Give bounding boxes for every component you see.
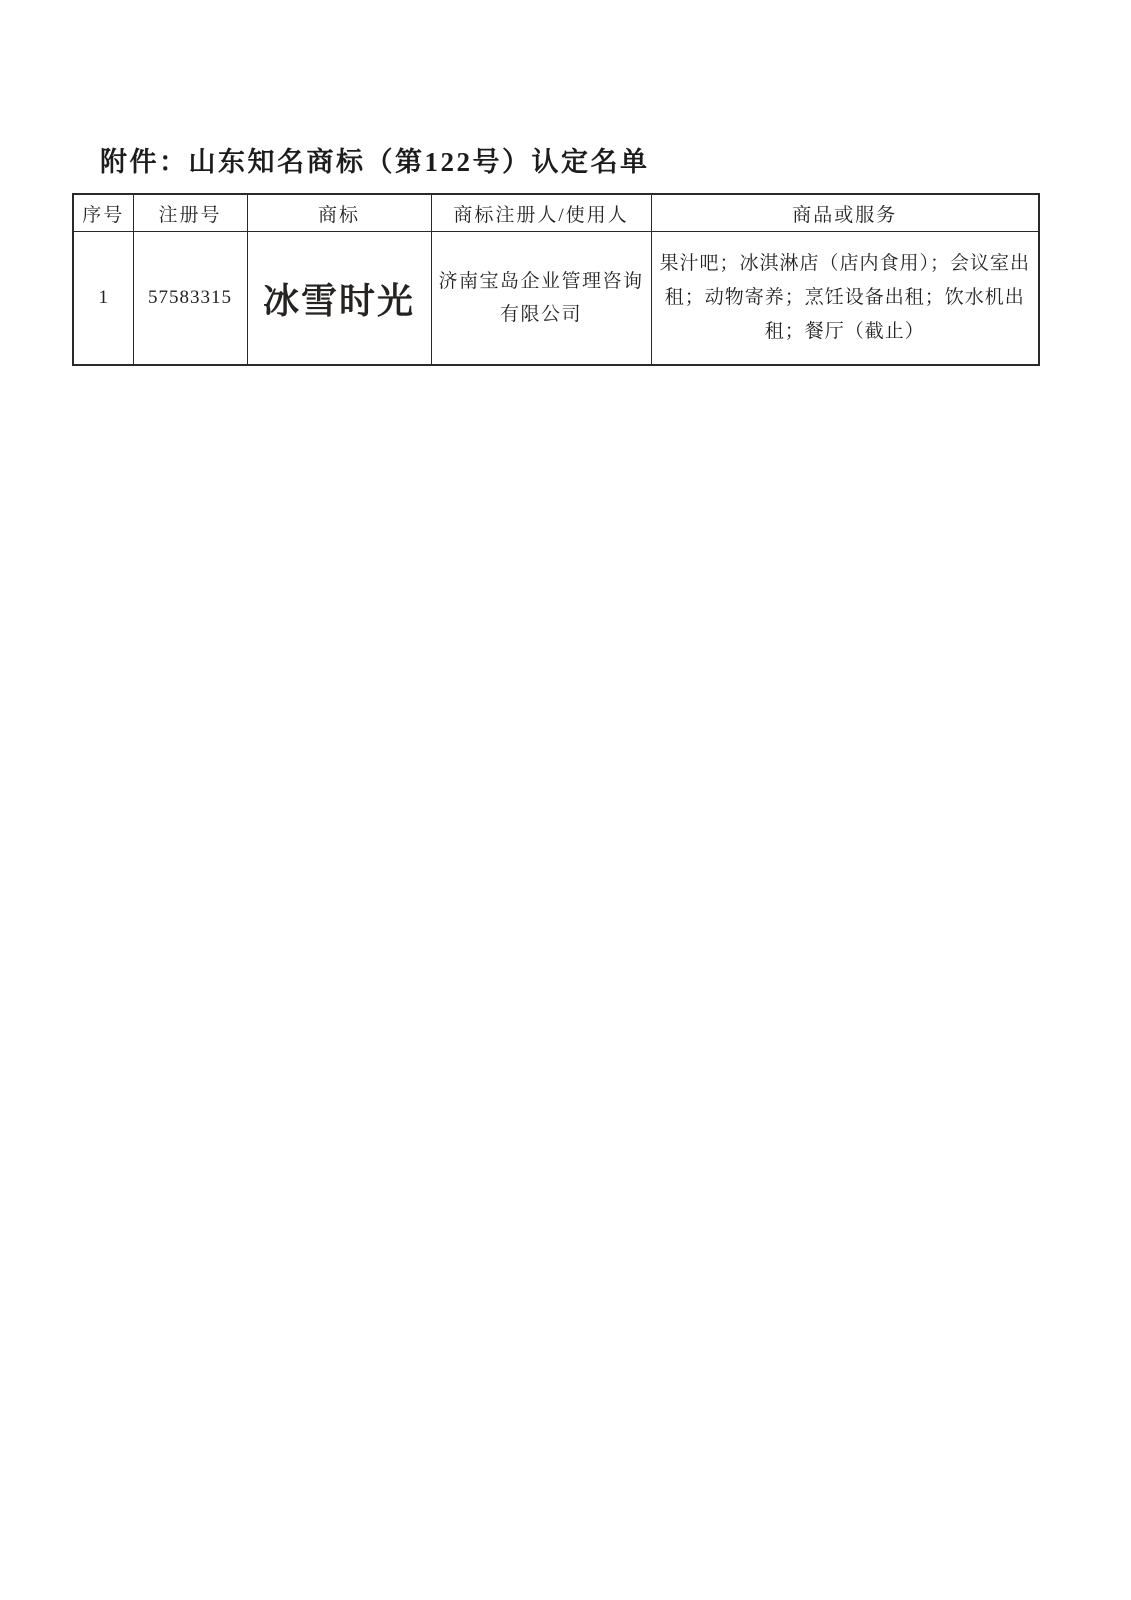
cell-registrant: 济南宝岛企业管理咨询有限公司 xyxy=(431,232,651,366)
document-page: 附件：山东知名商标（第122号）认定名单 序号 注册号 商标 商标注册人/使用人… xyxy=(0,0,1131,1600)
cell-trademark: 冰雪时光 xyxy=(247,232,431,366)
cell-goods-services: 果汁吧；冰淇淋店（店内食用）；会议室出租；动物寄养；烹饪设备出租；饮水机出租；餐… xyxy=(651,232,1039,366)
trademark-logo: 冰雪时光 xyxy=(263,280,415,321)
header-registration-number: 注册号 xyxy=(133,194,247,232)
header-registrant: 商标注册人/使用人 xyxy=(431,194,651,232)
page-title: 附件：山东知名商标（第122号）认定名单 xyxy=(100,140,650,179)
trademark-table: 序号 注册号 商标 商标注册人/使用人 商品或服务 1 57583315 冰雪时… xyxy=(72,193,1040,366)
header-goods-services: 商品或服务 xyxy=(651,194,1039,232)
cell-registration-number: 57583315 xyxy=(133,232,247,366)
header-trademark: 商标 xyxy=(247,194,431,232)
table-row: 1 57583315 冰雪时光 济南宝岛企业管理咨询有限公司 果汁吧；冰淇淋店（… xyxy=(73,232,1039,366)
table-header-row: 序号 注册号 商标 商标注册人/使用人 商品或服务 xyxy=(73,194,1039,232)
header-index: 序号 xyxy=(73,194,133,232)
cell-index: 1 xyxy=(73,232,133,366)
